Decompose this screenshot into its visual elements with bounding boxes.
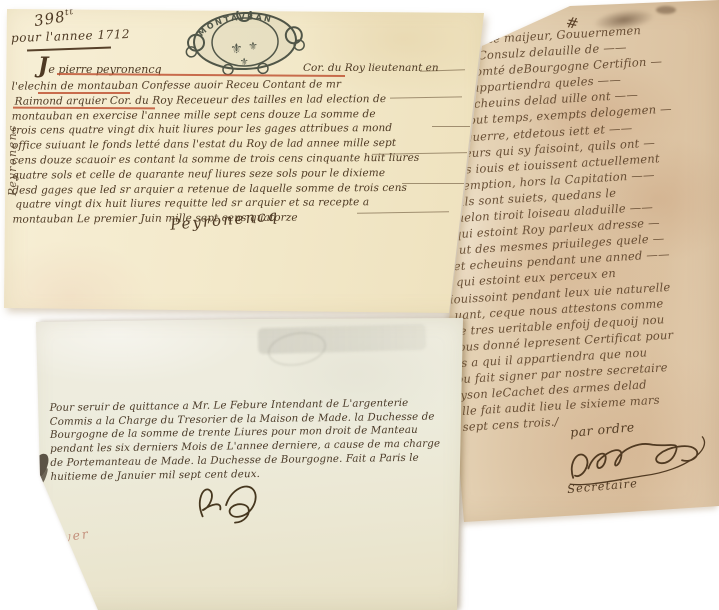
manuscript-line: Commis a la Charge du Tresorier de la Ma… <box>50 410 470 430</box>
manuscript-line: desd gages que led sr arquier a retenue … <box>12 180 482 198</box>
manuscript-line: ous donné lepresent Certificat pour <box>446 322 719 355</box>
line-filler-flourish <box>372 152 467 155</box>
receipt-opening-left: Je pierre peyronencq <box>38 53 162 79</box>
line-filler-flourish <box>390 96 462 98</box>
svg-text:⚜: ⚜ <box>240 57 249 68</box>
quittance-text-lines: Pour seruir de quittance a Mr. Le Febure… <box>49 396 470 484</box>
year-underline <box>27 47 111 51</box>
manuscript-line: de Portemanteau de Made. la Duchesse de … <box>50 451 470 471</box>
amount-note: 398tt <box>33 6 76 30</box>
livres-mark: tt <box>64 7 75 18</box>
certificate-text-lines: s Viconte maijeur, Gouuernemenum et Cons… <box>428 17 719 436</box>
svg-text:⚜: ⚜ <box>230 41 243 57</box>
svg-text:MONTAVBAN: MONTAVBAN <box>196 12 274 39</box>
manuscript-line: Raimond arquier Cor. du Roy Receueur des… <box>12 91 482 109</box>
manuscript-line: lle fait audit lieu le sixieme mars <box>450 387 719 420</box>
manuscript-line: exemption, hors la Capitation —— <box>437 162 719 195</box>
manuscript-line: huitieme de Januier mil sept cent deux. <box>50 465 470 485</box>
manuscript-line: montauban Le premier Juin mille sept cen… <box>12 210 482 228</box>
manuscript-line: quatre sols et celle de quarante neuf li… <box>12 165 482 183</box>
photo-background: # s Viconte maijeur, Gouuernemenum et Co… <box>0 0 719 610</box>
svg-text:⚜: ⚜ <box>248 40 258 53</box>
manuscript-line: u qui estoint eux perceux en <box>442 258 719 291</box>
manuscript-line: oyson leCachet des armes delad <box>449 371 719 404</box>
ghost-stamp-oval <box>266 328 329 370</box>
line-filler-flourish <box>402 183 464 184</box>
receipt-opening-right: Cor. du Roy lieutenant en <box>303 62 439 74</box>
receipt-text-lines: l'elechin de montauban Confesse auoir Re… <box>11 76 482 227</box>
manuscript-line: ut des mesmes priuileges quele — <box>440 226 719 259</box>
ink-blot <box>29 451 50 480</box>
manuscript-line: l'elechin de montauban Confesse auoir Re… <box>11 76 481 94</box>
manuscript-line: Pour seruir de quittance a Mr. Le Febure… <box>49 396 469 416</box>
manuscript-line: se tres ueritable enfoij dequoij nou <box>445 306 719 339</box>
montauban-ink-stamp-icon: MONTAVBAN ⚜ ⚜ ⚜ <box>181 3 309 79</box>
par-ordre-note: par ordre <box>569 419 635 440</box>
ink-smudge <box>656 6 676 14</box>
year-note: pour l'annee 1712 <box>11 27 130 45</box>
peyronencq-signature: Peyronencq <box>169 206 279 233</box>
manuscript-line: quil appartiendra queles —— <box>431 65 719 98</box>
manuscript-line: Bourgogne de la somme de trente Liures p… <box>50 423 470 443</box>
ink-smudge <box>592 6 656 34</box>
manuscript-line: cens douze scauoir es contant la somme d… <box>12 150 482 168</box>
line-filler-flourish <box>420 69 465 72</box>
certificate-header-mark: # <box>564 13 580 33</box>
manuscript-line: montauban en exercise l'annee mille sept… <box>12 106 482 124</box>
manuscript-line: iouissoint pendant leux uie naturelle <box>443 274 719 307</box>
manuscript-line: s Viconte maijeur, Gouuernemen <box>428 17 719 50</box>
monogram-signature <box>187 477 270 531</box>
margin-note-vertical: Peyronenc <box>6 124 19 196</box>
line-filler-flourish <box>357 211 449 214</box>
manuscript-line: ou fait signer par nostre secretaire <box>448 354 719 387</box>
manuscript-line: trois cens quatre vingt dix huit liures … <box>12 121 482 139</box>
manuscript-line: et echeuins pendant une anned —— <box>441 242 719 275</box>
secretaire-title: Secretaire <box>567 476 639 496</box>
red-underline <box>57 73 345 77</box>
manuscript-line: lle ils sont suiets, quedans le <box>438 178 719 211</box>
quittance-document: Pour seruir de quittance a Mr. Le Febure… <box>30 315 466 610</box>
manuscript-line: quatre vingt dix huit liures requitte le… <box>12 195 482 213</box>
manuscript-line: urs iouis et iouissent actuellement <box>436 146 719 179</box>
line-filler-flourish <box>432 126 470 127</box>
ghost-stamp-impression <box>258 324 427 354</box>
red-underline <box>38 92 130 94</box>
secretary-signature <box>562 428 716 496</box>
manuscript-line: teneurs qui sy faisoint, quils ont — <box>435 130 719 163</box>
receipt-document: 398tt pour l'annee 1712 MONTAVBAN ⚜ ⚜ <box>0 0 492 322</box>
manuscript-line: e et echeuins delad uille ont —— <box>432 81 719 114</box>
manuscript-line: office suiuant le fonds letté dans l'est… <box>12 136 482 154</box>
manuscript-line: il sept cens trois./ <box>451 403 719 436</box>
manuscript-line: is a qui il appartiendra que nou <box>447 338 719 371</box>
manuscript-line: pendant les six derniers Mois de L'annee… <box>50 437 470 457</box>
payer-endorsement: payer <box>43 526 91 547</box>
red-underline <box>13 107 155 109</box>
manuscript-line: s deguerre, etdetous iett et —— <box>434 113 719 146</box>
manuscript-line: detout temps, exempts delogemen — <box>433 97 719 130</box>
manuscript-line: um et Consulz delauille de —— <box>429 33 719 66</box>
manuscript-line: d Comté deBourgogne Certifion — <box>430 49 719 82</box>
manuscript-line: uant, ceque nous attestons comme <box>444 290 719 323</box>
manuscript-line: qui estoint Roy parleux adresse — <box>440 210 719 243</box>
manuscript-line: quelon tiroit loiseau aladuille —— <box>439 194 719 227</box>
certificate-document: # s Viconte maijeur, Gouuernemenum et Co… <box>438 0 719 528</box>
